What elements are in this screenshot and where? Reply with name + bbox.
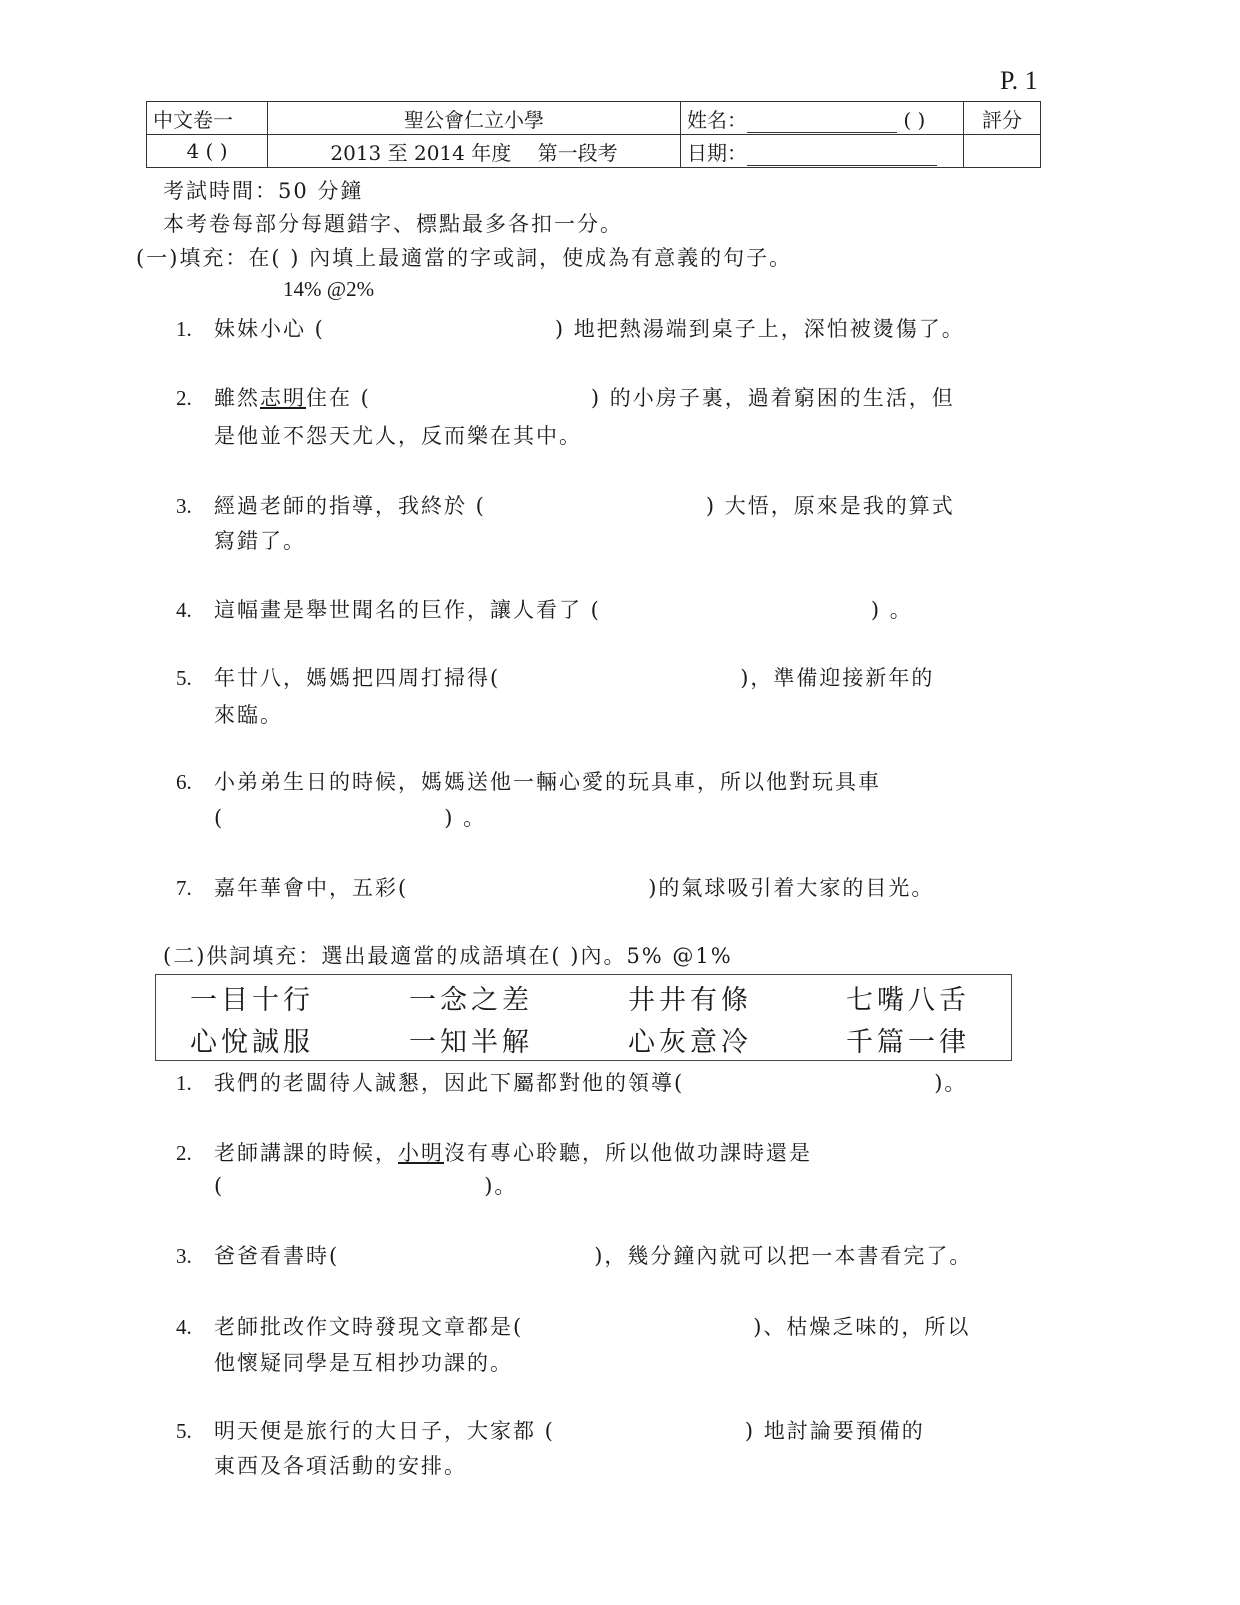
s1-question-6-line2: () 。 [214, 802, 486, 832]
idiom-1: 一目十行 [190, 978, 314, 1017]
s1-question-4: 4.這幅畫是舉世聞名的巨作，讓人看了 () 。 [176, 594, 913, 624]
section1-marks: 14% @2% [283, 277, 374, 302]
s1-question-2-line2: 是他並不怨天尤人，反而樂在其中。 [214, 420, 582, 450]
name-field[interactable]: 姓名： ( ) [681, 102, 964, 135]
s1-question-7: 7.嘉年華會中，五彩()的氣球吸引着大家的目光。 [176, 872, 934, 902]
s2-question-1: 1.我們的老闆待人誠懇，因此下屬都對他的領導()。 [176, 1067, 967, 1097]
idiom-2: 一念之差 [409, 978, 533, 1017]
s2-question-4-line2: 他懷疑同學是互相抄功課的。 [214, 1347, 513, 1377]
school-name: 聖公會仁立小學 [268, 102, 681, 135]
s2-question-4: 4.老師批改作文時發現文章都是()、枯燥乏味的，所以 [176, 1311, 970, 1341]
underlined-name: 小明 [398, 1141, 444, 1165]
s1-question-3-line2: 寫錯了。 [214, 525, 306, 555]
idiom-word-bank: 一目十行 一念之差 井井有條 七嘴八舌 心悅誠服 一知半解 心灰意冷 千篇一律 [155, 974, 1012, 1061]
section1-title: (一)填充：在( ) 內填上最適當的字或詞，使成為有意義的句子。 [136, 242, 792, 272]
s1-question-6: 6.小弟弟生日的時候，媽媽送他一輛心愛的玩具車，所以他對玩具車 [176, 766, 881, 796]
s2-question-2-line2: ()。 [214, 1170, 517, 1200]
score-box[interactable] [964, 135, 1041, 168]
score-label: 評分 [964, 102, 1041, 135]
s2-question-2: 2.老師講課的時候，小明沒有專心聆聽，所以他做功課時還是 [176, 1137, 812, 1167]
idiom-8: 千篇一律 [846, 1020, 970, 1059]
idiom-3: 井井有條 [628, 978, 752, 1017]
idiom-5: 心悅誠服 [190, 1020, 314, 1059]
s2-question-3: 3.爸爸看書時()，幾分鐘內就可以把一本書看完了。 [176, 1240, 972, 1270]
s1-question-3: 3.經過老師的指導，我終於 () 大悟，原來是我的算式 [176, 490, 955, 520]
page-number: P. 1 [1000, 66, 1038, 96]
s1-question-1: 1.妹妹小心 () 地把熱湯端到桌子上，深怕被燙傷了。 [176, 313, 965, 343]
section2-title: (二)供詞填充：選出最適當的成語填在( )內。5% @1% [163, 940, 733, 970]
name-label: 姓名： [687, 108, 747, 132]
paper-label: 中文卷一 [147, 102, 268, 135]
date-blank[interactable] [747, 145, 937, 166]
name-blank[interactable] [747, 112, 897, 133]
deduction-note: 本考卷每部分每題錯字、標點最多各扣一分。 [163, 208, 623, 238]
date-field[interactable]: 日期： [681, 135, 964, 168]
exam-header-table: 中文卷一 聖公會仁立小學 姓名： ( ) 評分 4 ( ) 2013 至 201… [146, 101, 1041, 168]
class-number-paren: ( ) [903, 108, 925, 132]
idiom-4: 七嘴八舌 [846, 978, 970, 1017]
s2-question-5: 5.明天便是旅行的大日子，大家都 () 地討論要預備的 [176, 1415, 925, 1445]
s2-question-5-line2: 東西及各項活動的安排。 [214, 1450, 467, 1480]
class-label: 4 ( ) [147, 135, 268, 168]
s1-question-5-line2: 來臨。 [214, 699, 283, 729]
s1-question-5: 5.年廿八，媽媽把四周打掃得()，準備迎接新年的 [176, 662, 934, 692]
term-label: 2013 至 2014 年度 第一段考 [268, 135, 681, 168]
s1-question-2: 2.雖然志明住在 () 的小房子裏，過着窮困的生活，但 [176, 382, 955, 412]
date-label: 日期： [687, 141, 747, 165]
underlined-name: 志明 [260, 386, 306, 410]
idiom-7: 心灰意冷 [628, 1020, 752, 1059]
exam-time: 考試時間：50 分鐘 [163, 175, 363, 205]
idiom-6: 一知半解 [409, 1020, 533, 1059]
